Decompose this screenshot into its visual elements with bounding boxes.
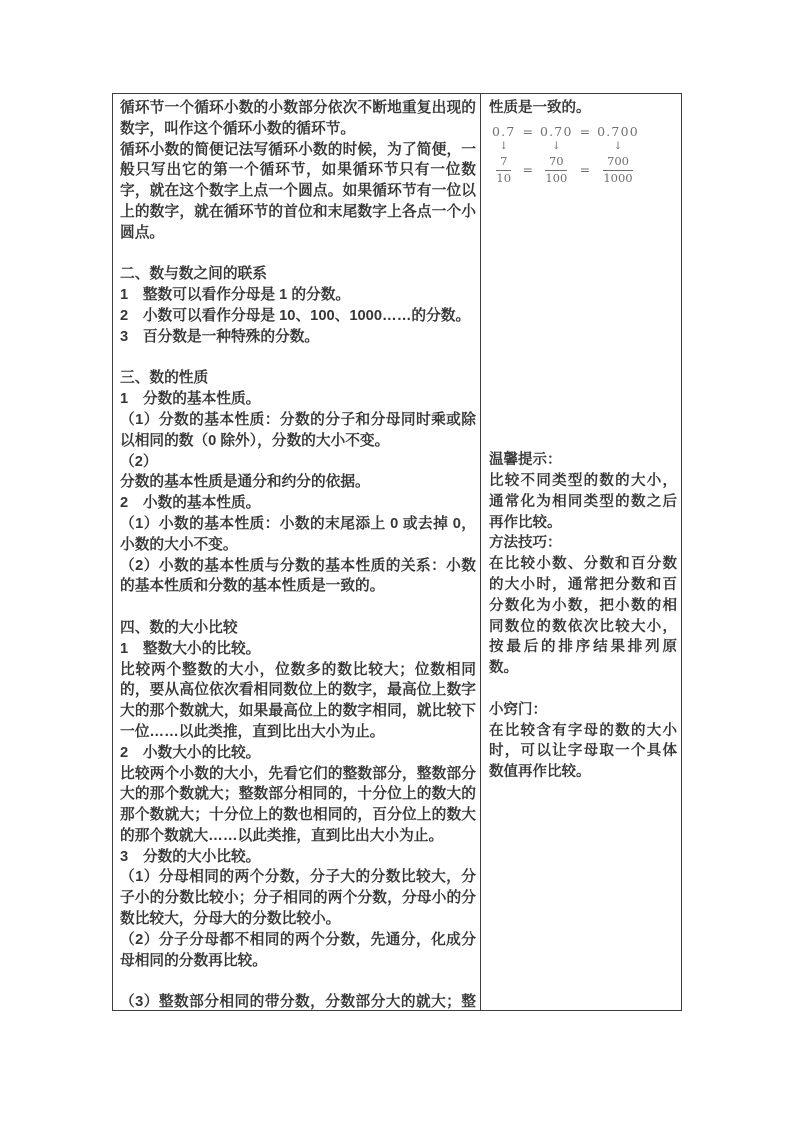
fraction-denominator: 10 bbox=[496, 171, 511, 186]
list-item: 2 小数大小的比较。 bbox=[120, 743, 476, 764]
right-table-cell: 性质是一致的。 0.7 = 0.70 = 0.700 ↓ ↓ ↓ 7 10 = … bbox=[481, 94, 681, 1010]
fraction-numerator: 7 bbox=[496, 155, 511, 171]
list-item: 1 整数可以看作分母是 1 的分数。 bbox=[120, 285, 476, 306]
paragraph: （1）分母相同的两个分数，分子大的分数比较大，分子小的分数比较小；分子相同的两个… bbox=[120, 867, 476, 929]
paragraph: 比较两个小数的大小，先看它们的整数部分，整数部分大的那个数就大；整数部分相同的，… bbox=[120, 764, 476, 847]
fraction-equivalence-formula: 0.7 = 0.70 = 0.700 ↓ ↓ ↓ 7 10 = 70 100 =… bbox=[492, 126, 639, 185]
list-item: 3 百分数是一种特殊的分数。 bbox=[120, 327, 476, 348]
list-item: 3 分数的大小比较。 bbox=[120, 847, 476, 868]
paragraph: 分数的基本性质是通分和约分的依据。 bbox=[120, 472, 476, 493]
fraction: 70 100 bbox=[545, 155, 567, 185]
paragraph: 循环节一个循环小数的小数部分依次不断地重复出现的数字，叫作这个循环小数的循环节。 bbox=[120, 98, 476, 140]
paragraph: （1）分数的基本性质：分数的分子和分母同时乘或除以相同的数（0 除外），分数的大… bbox=[120, 410, 476, 452]
fraction-numerator: 70 bbox=[545, 155, 567, 171]
list-item: 1 整数大小的比较。 bbox=[120, 639, 476, 660]
equals-sign: = bbox=[580, 164, 590, 177]
paragraph: 循环小数的简便记法写循环小数的时候，为了简便，一般只写出它的第一个循环节，如果循… bbox=[120, 140, 476, 244]
decimal-value: 0.70 bbox=[540, 126, 573, 139]
list-item: 2 小数可以看作分母是 10、100、1000……的分数。 bbox=[120, 306, 476, 327]
note-body: 比较不同类型的数的大小，通常化为相同类型的数之后再作比较。 bbox=[489, 471, 677, 533]
paragraph: 性质是一致的。 bbox=[489, 98, 677, 119]
down-arrow-icon: ↓ bbox=[499, 141, 508, 152]
paragraph: （2） bbox=[120, 452, 476, 473]
note-warm-tip: 温馨提示： 比较不同类型的数的大小，通常化为相同类型的数之后再作比较。 bbox=[489, 450, 677, 533]
content-table: 循环节一个循环小数的小数部分依次不断地重复出现的数字，叫作这个循环小数的循环节。… bbox=[112, 93, 682, 1011]
note-body: 在比较小数、分数和百分数的大小时，通常把分数和百分数化为小数，把小数的相同数位的… bbox=[489, 554, 677, 679]
paragraph: （2）小数的基本性质与分数的基本性质的关系：小数的基本性质和分数的基本性质是一致… bbox=[120, 556, 476, 598]
fraction-denominator: 1000 bbox=[603, 171, 632, 186]
section-heading: 四、数的大小比较 bbox=[120, 618, 476, 639]
decimal-value: 0.700 bbox=[597, 126, 639, 139]
note-title: 小窍门： bbox=[489, 700, 677, 721]
section-heading: 二、数与数之间的联系 bbox=[120, 264, 476, 285]
list-item: 1 分数的基本性质。 bbox=[120, 389, 476, 410]
equals-sign: = bbox=[522, 164, 532, 177]
down-arrow-icon: ↓ bbox=[614, 141, 623, 152]
equals-sign: = bbox=[522, 126, 532, 139]
down-arrow-icon: ↓ bbox=[552, 141, 561, 152]
paragraph: 比较两个整数的大小，位数多的数比较大；位数相同的，要从高位依次看相同数位上的数字… bbox=[120, 660, 476, 743]
section-heading: 三、数的性质 bbox=[120, 368, 476, 389]
paragraph: （3）整数部分相同的带分数，分数部分大的就大；整数部分不同的带分数，整数部分大的… bbox=[120, 992, 476, 1010]
list-item: 2 小数的基本性质。 bbox=[120, 493, 476, 514]
left-table-cell: 循环节一个循环小数的小数部分依次不断地重复出现的数字，叫作这个循环小数的循环节。… bbox=[113, 94, 481, 1010]
equals-sign: = bbox=[580, 126, 590, 139]
fraction-numerator: 700 bbox=[603, 155, 632, 171]
note-method-skill: 方法技巧： 在比较小数、分数和百分数的大小时，通常把分数和百分数化为小数，把小数… bbox=[489, 533, 677, 679]
note-little-trick: 小窍门： 在比较含有字母的数的大小时，可以让字母取一个具体数值再作比较。 bbox=[489, 700, 677, 783]
decimal-value: 0.7 bbox=[492, 126, 515, 139]
fraction: 7 10 bbox=[496, 155, 511, 185]
note-title: 温馨提示： bbox=[489, 450, 677, 471]
paragraph: （1）小数的基本性质：小数的末尾添上 0 或去掉 0，小数的大小不变。 bbox=[120, 514, 476, 556]
paragraph: （2）分子分母都不相同的两个分数，先通分，化成分母相同的分数再比较。 bbox=[120, 930, 476, 972]
note-title: 方法技巧： bbox=[489, 533, 677, 554]
fraction: 700 1000 bbox=[603, 155, 632, 185]
fraction-denominator: 100 bbox=[545, 171, 567, 186]
note-body: 在比较含有字母的数的大小时，可以让字母取一个具体数值再作比较。 bbox=[489, 721, 677, 783]
